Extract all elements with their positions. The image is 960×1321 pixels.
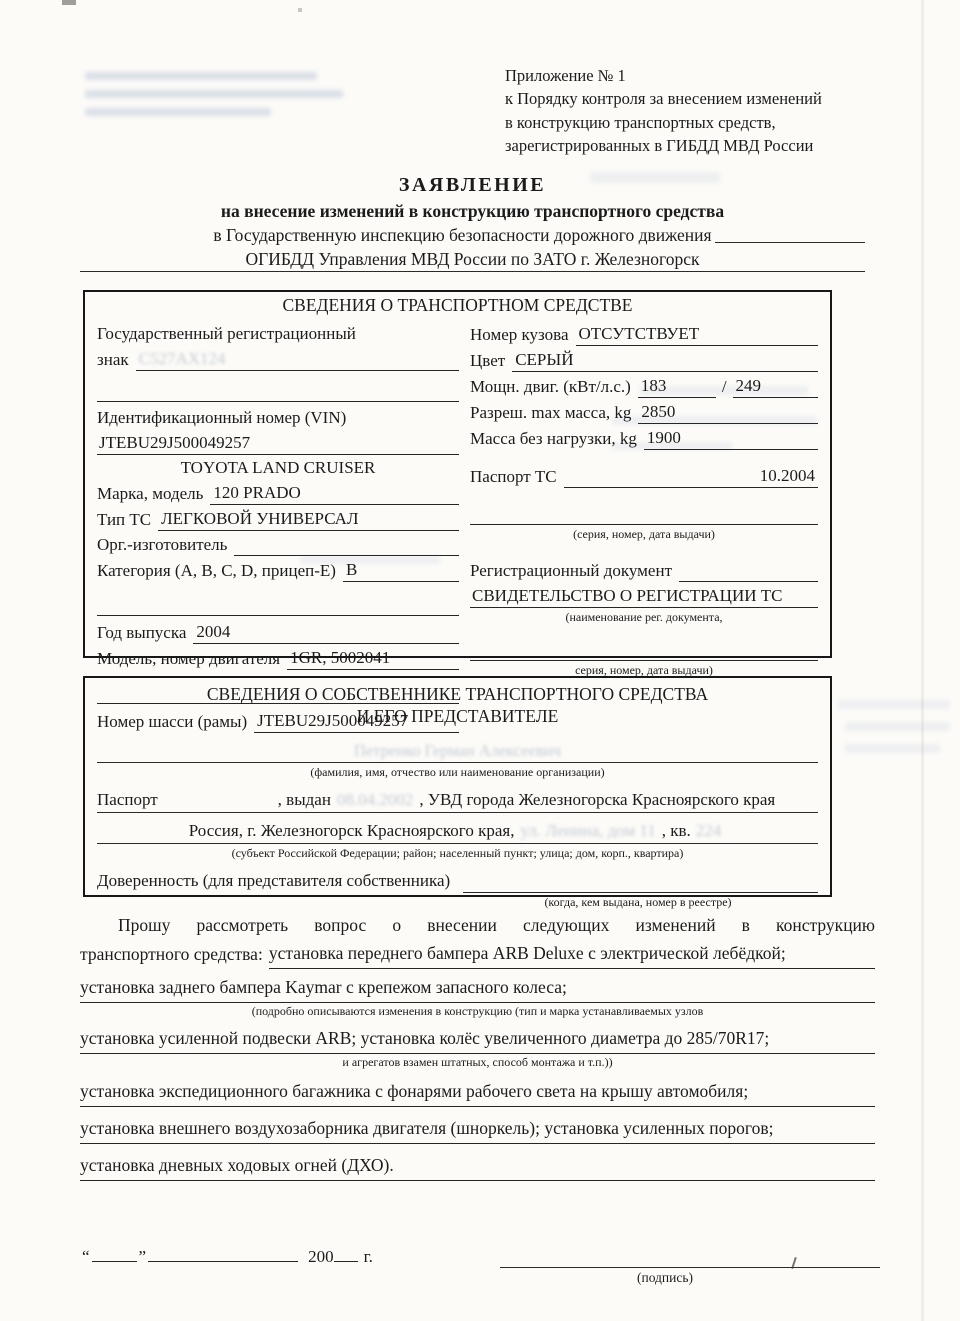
blank-underline xyxy=(715,242,865,243)
address-street-redacted: ул. Ленина, дом 11 xyxy=(514,819,661,843)
quote-open: “ xyxy=(80,1247,92,1266)
pts-visible-value: 10.2004 xyxy=(760,464,815,487)
paper-crease xyxy=(921,0,924,1321)
color-value: СЕРЫЙ xyxy=(512,348,818,372)
signature-field: (подпись) xyxy=(500,1243,880,1286)
signature-caption: (подпись) xyxy=(500,1270,880,1286)
modification-item: установка усиленной подвески ARB; устано… xyxy=(80,1023,875,1054)
regdoc-value: СВИДЕТЕЛЬСТВО О РЕГИСТРАЦИИ ТС xyxy=(470,584,818,608)
body-number-row: Номер кузова ОТСУТСТВУЕТ xyxy=(470,322,818,346)
max-mass-row: Разреш. max масса, kg 2850 xyxy=(470,400,818,424)
bleedthrough-line xyxy=(85,108,271,116)
pts-caption: (серия, номер, дата выдачи) xyxy=(470,527,818,543)
year-value: 2004 xyxy=(193,620,459,644)
addressee-text: в Государственную инспекцию безопасности… xyxy=(213,225,711,245)
vin-label: Идентификационный номер (VIN) xyxy=(97,406,353,429)
bleedthrough-line xyxy=(85,90,343,98)
bleedthrough-line xyxy=(845,744,940,753)
make-row: Марка, модель 120 PRADO xyxy=(97,481,459,505)
owner-box-title2: И ЕГО ПРЕДСТАВИТЕЛЕ xyxy=(97,706,818,728)
poa-caption: (когда, кем выдана, номер в реестре) xyxy=(488,895,788,911)
poa-row: Доверенность (для представителя собствен… xyxy=(97,869,818,893)
month-blank xyxy=(148,1243,298,1262)
scan-dot xyxy=(298,8,302,12)
poa-label: Доверенность (для представителя собствен… xyxy=(97,869,457,893)
modification-item: установка дневных ходовых огней (ДХО). xyxy=(80,1150,875,1181)
blank-underline xyxy=(470,504,818,525)
pts-value-field: 10.2004 xyxy=(564,464,818,488)
manufacturer-value-empty xyxy=(234,555,459,556)
body-number-value: ОТСУТСТВУЕТ xyxy=(576,322,819,346)
bleedthrough-line xyxy=(85,72,317,80)
blank-underline xyxy=(97,595,459,616)
reg-plate-redacted-value: С527АХ124 xyxy=(139,349,226,368)
vehicle-right-column: Номер кузова ОТСУТСТВУЕТ Цвет СЕРЫЙ Мощн… xyxy=(470,319,818,733)
category-row: Категория (А, В, С, D, прицеп-Е) В xyxy=(97,558,459,582)
owner-passport-row: Паспорт , выдан 08.04.2002 , УВД города … xyxy=(97,788,818,813)
pts-row: Паспорт ТС 10.2004 xyxy=(470,464,818,488)
manufacturer-row: Орг.-изготовитель xyxy=(97,533,459,556)
power-kw-value: 183 xyxy=(638,374,716,398)
appendix-note: Приложение № 1 к Порядку контроля за вне… xyxy=(505,64,935,158)
vin-value: JTEBU29J500049257 xyxy=(97,431,459,455)
pts-label: Паспорт ТС xyxy=(470,465,564,488)
request-line2: транспортного средства: установка передн… xyxy=(80,938,875,969)
address-caption: (субъект Российской Федерации; район; на… xyxy=(97,846,818,862)
year-label: Год выпуска xyxy=(97,621,193,644)
gibdd-office-line: ОГИБДД Управления МВД России по ЗАТО г. … xyxy=(80,249,865,270)
blank-underline xyxy=(97,381,459,402)
curb-mass-value: 1900 xyxy=(644,426,818,450)
power-label: Мощн. двиг. (кВт/л.с.) xyxy=(470,375,638,398)
scanned-application-form: Приложение № 1 к Порядку контроля за вне… xyxy=(0,0,960,1321)
poa-value-empty xyxy=(463,892,818,893)
regdoc-caption1: (наименование рег. документа, xyxy=(470,610,818,626)
appendix-note-line: зарегистрированных в ГИБДД МВД России xyxy=(505,134,935,157)
document-title-block: ЗАЯВЛЕНИЕ на внесение изменений в констр… xyxy=(80,174,865,272)
regdoc-label: Регистрационный документ xyxy=(470,559,679,582)
quote-close: ” xyxy=(137,1247,149,1266)
category-label: Категория (А, В, С, D, прицеп-Е) xyxy=(97,559,343,582)
request-section: Прошу рассмотреть вопрос о внесении след… xyxy=(80,912,875,1181)
request-intro-line2: транспортного средства: xyxy=(80,939,269,969)
request-intro-line1: Прошу рассмотреть вопрос о внесении след… xyxy=(80,912,875,938)
request-caption1: (подробно описываются изменения в констр… xyxy=(80,1004,875,1020)
appendix-note-line: Приложение № 1 xyxy=(505,64,935,87)
modification-item: установка переднего бампера ARB Deluxe с… xyxy=(269,938,875,969)
appendix-note-line: в конструкцию транспортных средств, xyxy=(505,111,935,134)
max-mass-label: Разреш. max масса, kg xyxy=(470,401,638,424)
owner-box-title1: СВЕДЕНИЯ О СОБСТВЕННИКЕ ТРАНСПОРТНОГО СР… xyxy=(97,684,818,706)
year-blank xyxy=(334,1243,358,1262)
owner-address-row: Россия, г. Железногорск Красноярского кр… xyxy=(97,819,818,844)
addressee-line: в Государственную инспекцию безопасности… xyxy=(80,225,865,246)
address-kv-label: , кв. xyxy=(662,819,691,843)
signature-stroke-artifact xyxy=(791,1257,797,1269)
color-row: Цвет СЕРЫЙ xyxy=(470,348,818,372)
engine-value: 1GR, 5002041 xyxy=(287,646,459,670)
max-mass-value: 2850 xyxy=(638,400,818,424)
address-kv-redacted: 224 xyxy=(691,819,727,843)
vehicle-columns: Государственный регистрационный знак С52… xyxy=(97,319,818,733)
make-value: 120 PRADO xyxy=(210,481,459,505)
reg-plate-label2: знак xyxy=(97,348,136,371)
owner-name-redacted: Петренко Герман Алексеевич xyxy=(354,741,561,760)
power-separator: / xyxy=(716,375,733,398)
request-caption2: и агрегатов взамен штатных, способ монта… xyxy=(80,1055,875,1071)
modification-item: установка внешнего воздухозаборника двиг… xyxy=(80,1113,875,1144)
appendix-note-line: к Порядку контроля за внесением изменени… xyxy=(505,87,935,110)
modification-item: установка заднего бампера Kaymar с крепе… xyxy=(80,972,875,1003)
document-subtitle: на внесение изменений в конструкцию тран… xyxy=(80,201,865,222)
type-row: Тип ТС ЛЕГКОВОЙ УНИВЕРСАЛ xyxy=(97,507,459,531)
reg-plate-row: знак С527АХ124 xyxy=(97,347,459,371)
bleedthrough-line xyxy=(845,722,950,731)
owner-name-field: Петренко Герман Алексеевич xyxy=(97,740,818,763)
reg-plate-value-field: С527АХ124 xyxy=(136,347,459,371)
category-value: В xyxy=(343,558,459,582)
scan-edge-mark xyxy=(62,0,76,5)
reg-plate-label: Государственный регистрационный xyxy=(97,322,363,345)
year-suffix: г. xyxy=(364,1247,373,1266)
curb-mass-row: Масса без нагрузки, kg 1900 xyxy=(470,426,818,450)
body-number-label: Номер кузова xyxy=(470,323,576,346)
passport-date-redacted: 08.04.2002 xyxy=(331,788,420,812)
power-hp-value: 249 xyxy=(733,374,818,398)
address-prefix: Россия, г. Железногорск Красноярского кр… xyxy=(189,819,515,843)
date-field: “”200г. xyxy=(80,1243,373,1270)
footer-row: “”200г. (подпись) xyxy=(80,1243,880,1286)
passport-label: Паспорт xyxy=(97,788,158,812)
vehicle-box-title: СВЕДЕНИЯ О ТРАНСПОРТНОМ СРЕДСТВЕ xyxy=(97,295,818,317)
blank-underline xyxy=(470,644,818,661)
owner-info-box: СВЕДЕНИЯ О СОБСТВЕННИКЕ ТРАНСПОРТНОГО СР… xyxy=(83,676,832,897)
modification-item: установка экспедиционного багажника с фо… xyxy=(80,1076,875,1107)
engine-row: Модель, номер двигателя 1GR, 5002041 xyxy=(97,646,459,670)
type-value: ЛЕГКОВОЙ УНИВЕРСАЛ xyxy=(158,507,459,531)
pts-redacted-area xyxy=(567,464,760,487)
vehicle-left-column: Государственный регистрационный знак С52… xyxy=(97,319,459,733)
engine-label: Модель, номер двигателя xyxy=(97,647,287,670)
type-label: Тип ТС xyxy=(97,508,158,531)
manufacturer-label: Орг.-изготовитель xyxy=(97,533,234,556)
power-row: Мощн. двиг. (кВт/л.с.) 183 / 249 xyxy=(470,374,818,398)
make-label: Марка, модель xyxy=(97,482,210,505)
regdoc-value-start xyxy=(679,581,818,582)
year-row: Год выпуска 2004 xyxy=(97,620,459,644)
bleedthrough-line xyxy=(838,700,950,709)
office-underline xyxy=(80,271,865,272)
curb-mass-label: Масса без нагрузки, kg xyxy=(470,427,644,450)
passport-issued-label: , выдан xyxy=(278,788,331,812)
color-label: Цвет xyxy=(470,349,512,372)
year-prefix: 200 xyxy=(308,1247,334,1266)
signature-line xyxy=(500,1243,880,1268)
day-blank xyxy=(92,1243,137,1262)
document-title: ЗАЯВЛЕНИЕ xyxy=(80,174,865,197)
owner-name-caption: (фамилия, имя, отчество или наименование… xyxy=(97,765,818,781)
regdoc-row: Регистрационный документ xyxy=(470,559,818,582)
passport-issuer: , УВД города Железногорска Красноярского… xyxy=(419,788,775,812)
make-extra-value: TOYOTA LAND CRUISER xyxy=(97,456,459,479)
vehicle-info-box: СВЕДЕНИЯ О ТРАНСПОРТНОМ СРЕДСТВЕ Государ… xyxy=(83,290,832,658)
